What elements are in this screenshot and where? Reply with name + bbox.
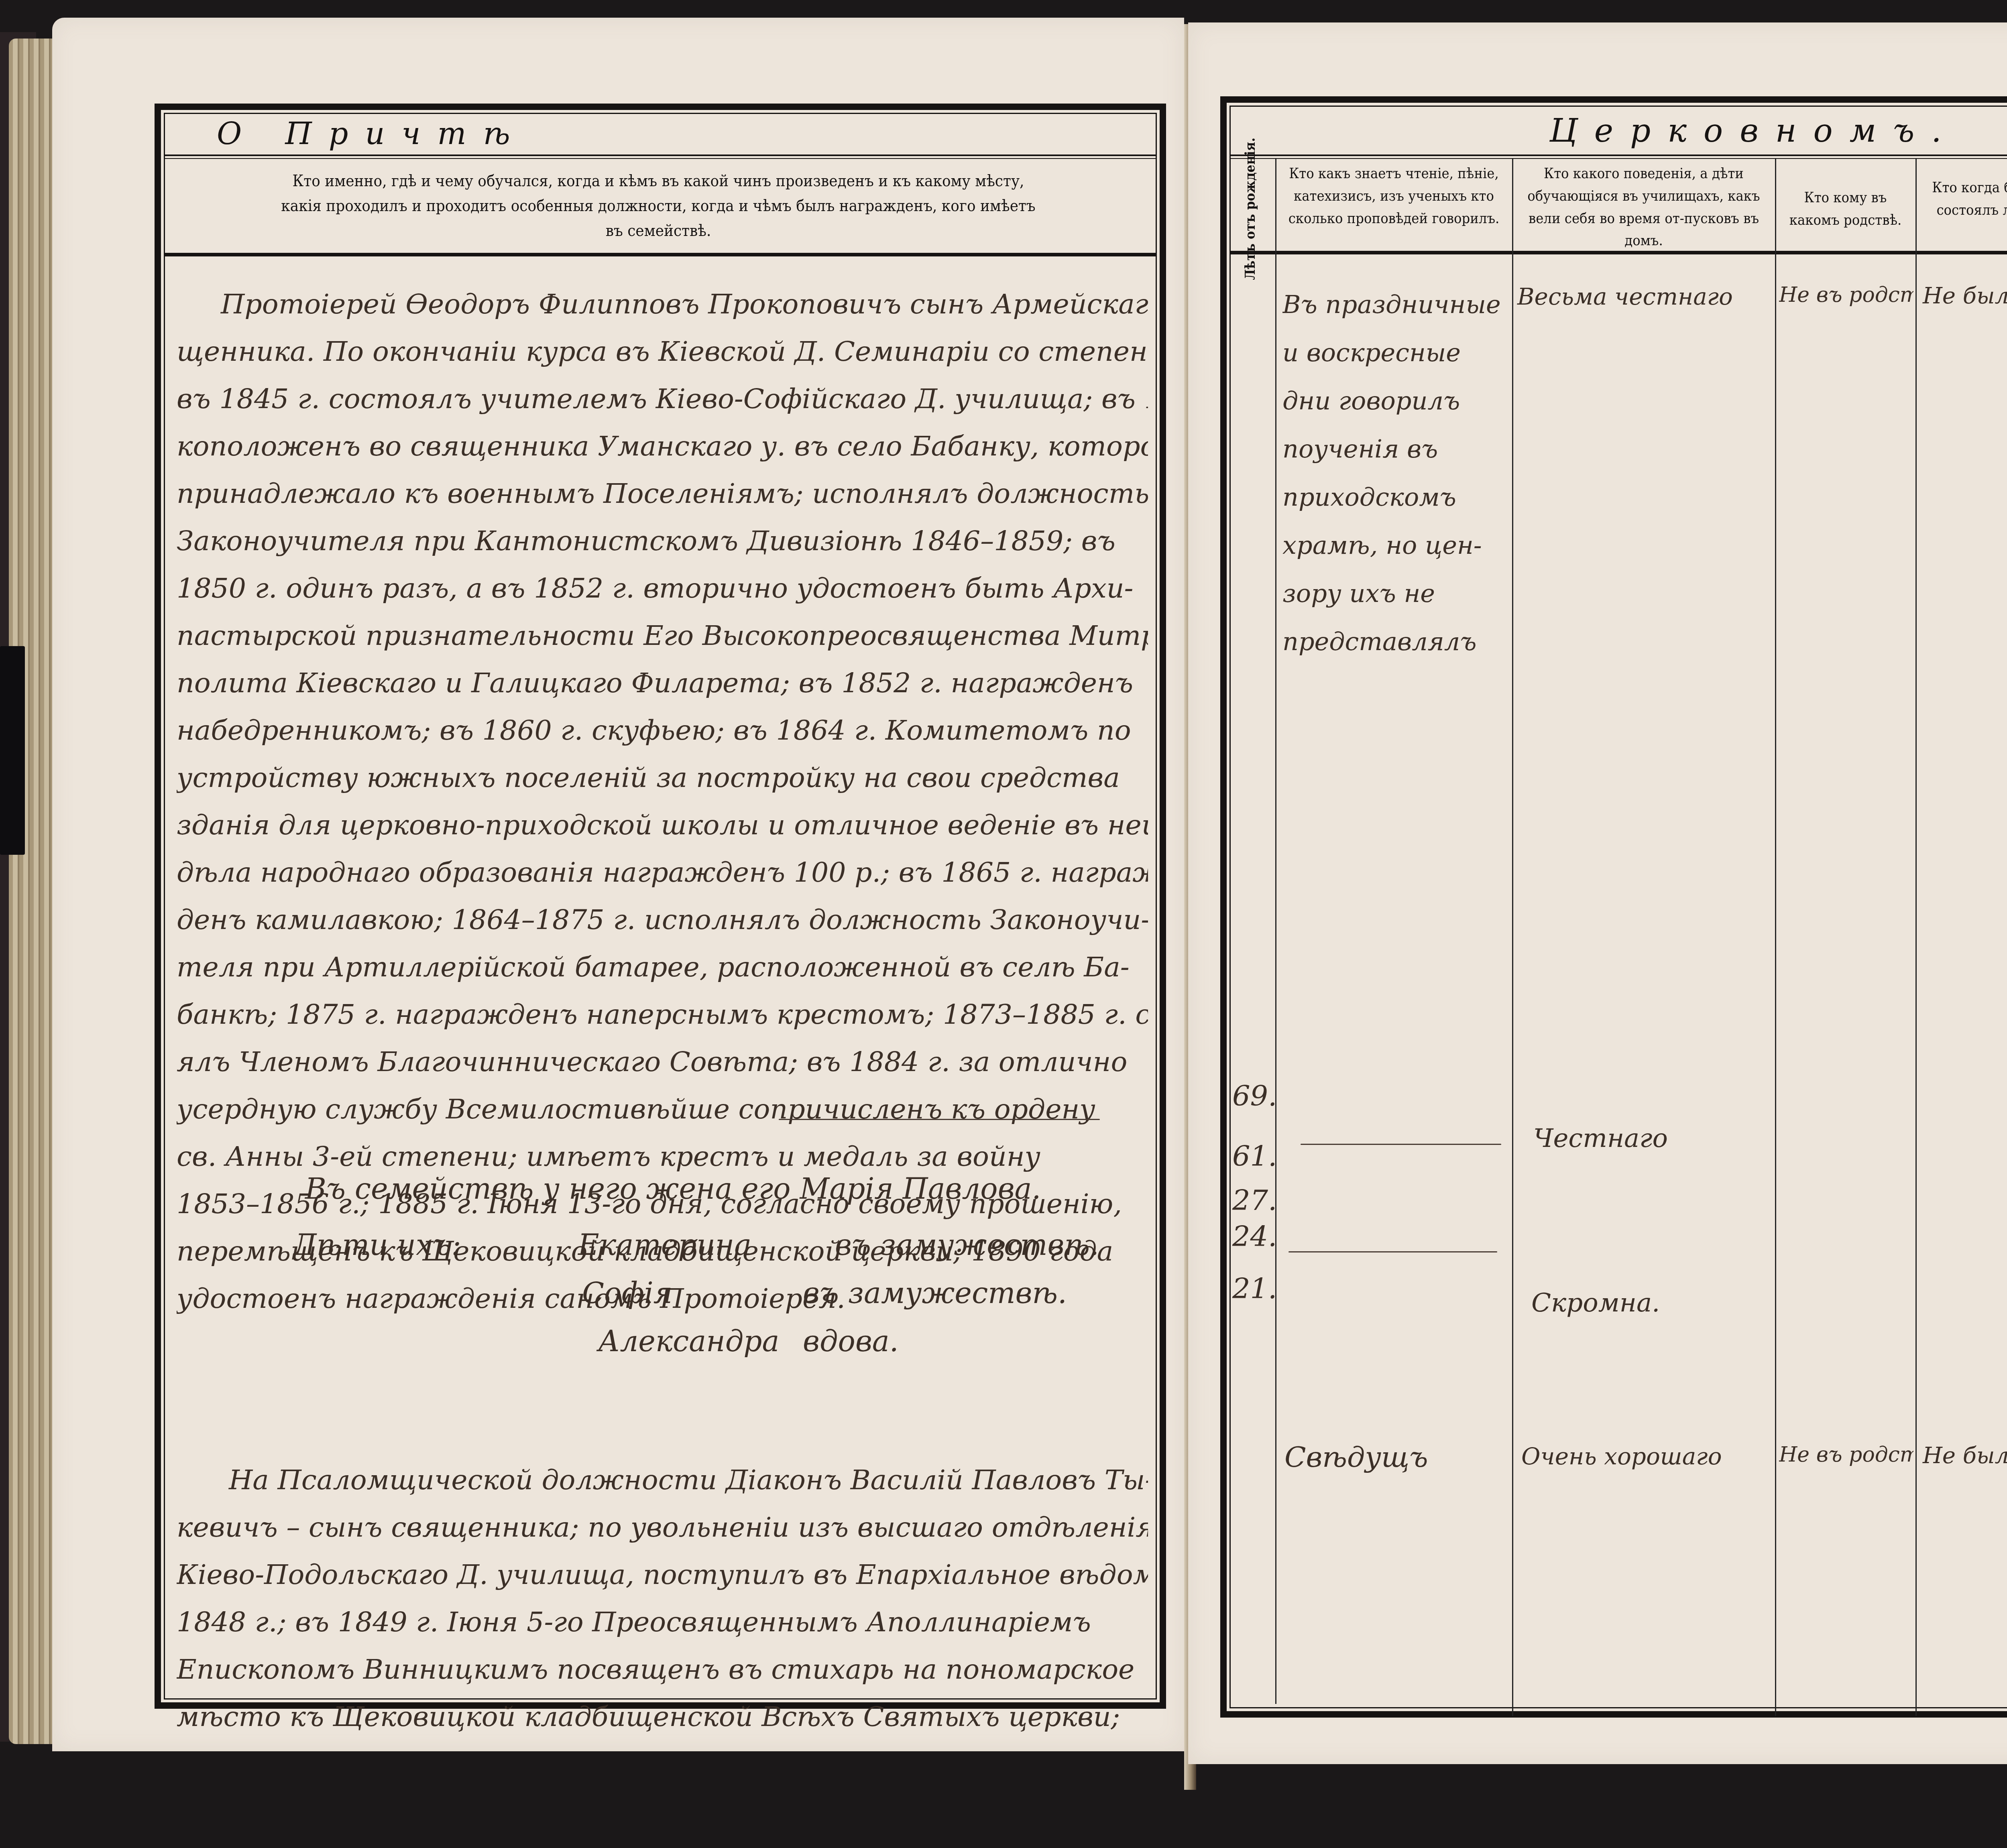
child-status: вдова. xyxy=(803,1324,899,1358)
header-reading: Кто какъ знаетъ чтеніе, пѣніе, катехизис… xyxy=(1278,163,1509,230)
entry-1-line: 1850 г. одинъ разъ, а въ 1852 г. вторичн… xyxy=(177,565,1148,612)
reading-line: зору ихъ не xyxy=(1282,570,1511,618)
column-divider xyxy=(1915,159,1917,1716)
right-title-divider xyxy=(1231,155,2007,156)
entry-1-line: банкѣ; 1875 г. награжденъ наперснымъ кре… xyxy=(177,991,1148,1039)
reading-line: храмѣ, но цен- xyxy=(1282,522,1511,570)
left-title-divider-thin xyxy=(165,158,1156,159)
left-header-line-1: Кто именно, гдѣ и чему обучался, когда и… xyxy=(173,169,1144,193)
row-1-reading: Въ праздничные и воскресные дни говорилъ… xyxy=(1282,281,1511,666)
entry-1-line: усердную службу Всемилостивѣйше сопричис… xyxy=(177,1086,1148,1133)
entry-1-line: ялъ Членомъ Благочинническаго Совѣта; въ… xyxy=(177,1039,1148,1086)
header-age: Лѣтъ отъ рожденія. xyxy=(1228,169,1272,249)
entry-1-line: денъ камилавкою; 1864–1875 г. исполнялъ … xyxy=(177,897,1148,944)
left-header-line-2: какія проходилъ и проходитъ особенныя до… xyxy=(173,193,1144,218)
header-penalties: Кто когда былъ штрафованъ или не состоял… xyxy=(1919,177,2007,244)
clergy-entry-2: На Псаломщической должности Діаконъ Васи… xyxy=(177,1457,1148,1741)
entry-1-line: Законоучителя при Кантонистскомъ Дивизіо… xyxy=(177,518,1148,565)
entry-1-line: полита Кіевскаго и Галицкаго Филарета; в… xyxy=(177,660,1148,707)
entry-1-line: пастырской признательности Его Высокопре… xyxy=(177,612,1148,660)
header-behavior: Кто какого поведенія, а дѣти обучающіяся… xyxy=(1515,163,1772,252)
entry-1-line: дѣла народнаго образованія награжденъ 10… xyxy=(177,849,1148,897)
row-1-kinship: Не въ родствѣ xyxy=(1779,283,1913,307)
left-page-title: О Причтѣ xyxy=(217,112,527,155)
entry-1-line: набедренникомъ; въ 1860 г. скуфьею; въ 1… xyxy=(177,707,1148,754)
child-name: Софія xyxy=(582,1276,673,1310)
left-header-divider xyxy=(165,253,1156,256)
entry-1-line: устройству южныхъ поселеній за постройку… xyxy=(177,754,1148,802)
reading-line: поученія въ xyxy=(1282,425,1511,474)
entry-1-line: щенника. По окончаніи курса въ Кіевской … xyxy=(177,328,1148,376)
row-1-penalties: Не былъ и не состоялъ xyxy=(1923,283,2007,309)
column-divider xyxy=(1512,159,1513,1716)
entry-1-line: принадлежало къ военнымъ Поселеніямъ; ис… xyxy=(177,470,1148,518)
column-divider xyxy=(1775,159,1776,1716)
age-value: 24. xyxy=(1232,1220,1277,1253)
age-value: 69. xyxy=(1232,1080,1277,1112)
child-name: Александра xyxy=(598,1324,779,1358)
entry-1-line: коположенъ во священника Уманскаго у. въ… xyxy=(177,423,1148,470)
left-title-divider xyxy=(165,155,1156,156)
clergy-entry-1: Протоіерей Ѳеодоръ Филипповъ Прокоповичъ… xyxy=(177,281,1148,1323)
left-header-line-3: въ семействѣ. xyxy=(173,218,1144,243)
row-6-behavior: Очень хорошаго xyxy=(1521,1443,1722,1470)
child-status: въ замужествѣ. xyxy=(803,1276,1067,1310)
entry-1-line: теля при Артиллерійской батарее, располо… xyxy=(177,944,1148,991)
page-edge-stack xyxy=(9,39,53,1744)
row-2-reading-dash xyxy=(1301,1144,1501,1145)
row-6-reading: Свѣдущъ xyxy=(1284,1441,1428,1474)
age-value: 61. xyxy=(1232,1140,1277,1173)
left-column-header: Кто именно, гдѣ и чему обучался, когда и… xyxy=(173,169,1144,243)
right-title-divider-thin xyxy=(1231,158,2007,159)
child-name: Екатерина xyxy=(578,1228,751,1262)
entry-2-line: Епископомъ Винницкимъ посвященъ въ стиха… xyxy=(177,1646,1148,1693)
row-1-behavior: Весьма честнаго xyxy=(1517,283,1733,310)
entry-1-line: Протоіерей Ѳеодоръ Филипповъ Прокоповичъ… xyxy=(177,281,1148,328)
row-2-behavior: Честнаго xyxy=(1533,1124,1668,1153)
header-kinship: Кто кому въ какомъ родствѣ. xyxy=(1778,187,1913,232)
entry-1-line: зданія для церковно-приходской школы и о… xyxy=(177,802,1148,849)
entry-2-line: кевичъ – сынъ священника; по увольненіи … xyxy=(177,1504,1148,1551)
row-5-reading-dash xyxy=(1288,1251,1497,1252)
children-label: Дѣти ихъ: xyxy=(293,1228,461,1262)
reading-line: Въ праздничные xyxy=(1282,281,1511,329)
column-divider xyxy=(1275,159,1276,1704)
entry-2-line: мѣсто къ Щековицкой кладбищенской Всѣхъ … xyxy=(177,1693,1148,1741)
row-6-penalties: Не былъ и не состоялъ xyxy=(1923,1443,2007,1469)
entry-1-end-dash xyxy=(779,1119,1100,1120)
entry-2-line: Кіево-Подольскаго Д. училища, поступилъ … xyxy=(177,1551,1148,1599)
child-status: въ замужествѣ. xyxy=(835,1228,1099,1262)
row-5-behavior: Скромна. xyxy=(1531,1288,1660,1318)
row-6-kinship: Не въ родствѣ xyxy=(1779,1443,1913,1467)
reading-line: и воскресные xyxy=(1282,329,1511,377)
entry-2-line: На Псаломщической должности Діаконъ Васи… xyxy=(177,1457,1148,1504)
header-age-label: Лѣтъ отъ рожденія. xyxy=(1240,138,1261,280)
reading-line: приходскомъ xyxy=(1282,474,1511,522)
entry-1-line: въ 1845 г. состоялъ учителемъ Кіево-Софі… xyxy=(177,376,1148,423)
entry-2-line: 1848 г.; въ 1849 г. Іюня 5-го Преосвящен… xyxy=(177,1599,1148,1646)
reading-line: представлялъ xyxy=(1282,618,1511,666)
bookmark-tab xyxy=(0,646,25,855)
reading-line: дни говорилъ xyxy=(1282,377,1511,425)
family-wife: Въ семействѣ у него жена его Марія Павло… xyxy=(305,1172,1041,1206)
age-value: 21. xyxy=(1232,1272,1277,1305)
age-value: 27. xyxy=(1232,1184,1277,1217)
right-page-title: Церковномъ. xyxy=(1549,108,1958,152)
